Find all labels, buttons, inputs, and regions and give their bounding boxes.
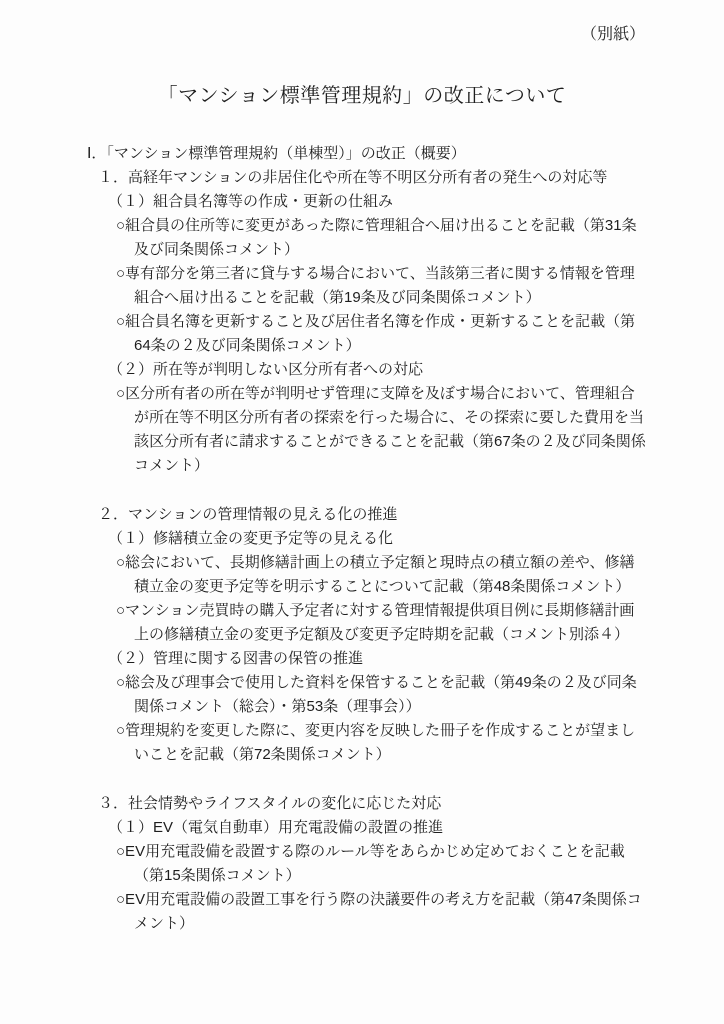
- group-heading: （２）所在等が判明しない区分所有者への対応: [108, 358, 657, 382]
- bullet-item-continuation: 組合へ届け出ることを記載（第19条及び同条関係コメント）: [134, 286, 657, 310]
- group-heading: （１）修繕積立金の変更予定等の見える化: [108, 527, 657, 551]
- bullet-item-line: ○専有部分を第三者に貸与する場合において、当該第三者に関する情報を管理: [116, 262, 657, 286]
- bullet-item-continuation: コメント）: [134, 454, 657, 478]
- subsection-heading: ２．マンションの管理情報の見える化の推進: [98, 503, 657, 527]
- bullet-item-continuation: 上の修繕積立金の変更予定額及び変更予定時期を記載（コメント別添４）: [134, 623, 657, 647]
- bullet-item-continuation: （第15条関係コメント）: [134, 864, 657, 888]
- group-heading: （１）組合員名簿等の作成・更新の仕組み: [108, 190, 657, 214]
- document-page: （別紙） 「マンション標準管理規約」の改正について Ⅰ．「マンション標準管理規約…: [0, 0, 724, 1024]
- bullet-item-line: ○区分所有者の所在等が判明せず管理に支障を及ぼす場合において、管理組合: [116, 382, 657, 406]
- bullet-item-line: ○管理規約を変更した際に、変更内容を反映した冊子を作成することが望まし: [116, 719, 657, 743]
- bullet-item-line: ○EV用充電設備を設置する際のルール等をあらかじめ定めておくことを記載: [116, 840, 657, 864]
- bullet-item-line: ○マンション売買時の購入予定者に対する管理情報提供項目例に長期修繕計画: [116, 599, 657, 623]
- bullet-item-line: ○総会において、長期修繕計画上の積立予定額と現時点の積立額の差や、修繕: [116, 551, 657, 575]
- corner-note: （別紙）: [581, 25, 645, 45]
- section-heading: Ⅰ．「マンション標準管理規約（単棟型）」の改正（概要）: [87, 142, 657, 166]
- document-body: Ⅰ．「マンション標準管理規約（単棟型）」の改正（概要）１．高経年マンションの非居…: [87, 142, 657, 936]
- group-heading: （２）管理に関する図書の保管の推進: [108, 647, 657, 671]
- bullet-item-continuation: いことを記載（第72条関係コメント）: [134, 743, 657, 767]
- bullet-item-continuation: が所在等不明区分所有者の探索を行った場合に、その探索に要した費用を当: [134, 406, 657, 430]
- bullet-item-line: ○EV用充電設備の設置工事を行う際の決議要件の考え方を記載（第47条関係コ: [116, 888, 657, 912]
- bullet-item-continuation: 該区分所有者に請求することができることを記載（第67条の２及び同条関係: [134, 430, 657, 454]
- bullet-item-continuation: 及び同条関係コメント）: [134, 238, 657, 262]
- bullet-item-continuation: 64条の２及び同条関係コメント）: [134, 334, 657, 358]
- bullet-item-line: ○総会及び理事会で使用した資料を保管することを記載（第49条の２及び同条: [116, 671, 657, 695]
- bullet-item-continuation: 積立金の変更予定等を明示することについて記載（第48条関係コメント）: [134, 575, 657, 599]
- page-title: 「マンション標準管理規約」の改正について: [0, 84, 724, 108]
- subsection-heading: １．高経年マンションの非居住化や所在等不明区分所有者の発生への対応等: [98, 166, 657, 190]
- bullet-item-continuation: メント）: [134, 912, 657, 936]
- bullet-item-continuation: 関係コメント（総会）・第53条（理事会））: [134, 695, 657, 719]
- group-heading: （１）EV（電気自動車）用充電設備の設置の推進: [108, 816, 657, 840]
- subsection-heading: ３．社会情勢やライフスタイルの変化に応じた対応: [98, 792, 657, 816]
- bullet-item-line: ○組合員名簿を更新すること及び居住者名簿を作成・更新することを記載（第: [116, 310, 657, 334]
- bullet-item-line: ○組合員の住所等に変更があった際に管理組合へ届け出ることを記載（第31条: [116, 214, 657, 238]
